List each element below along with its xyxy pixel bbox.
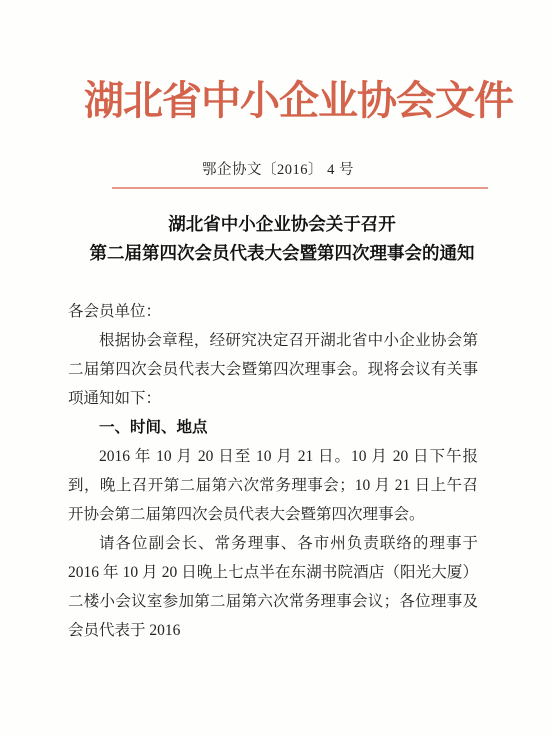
section-heading-time-place: 一、时间、地点 [68, 413, 478, 442]
document-title-line1: 湖北省中小企业协会关于召开 [12, 210, 552, 239]
document-title: 湖北省中小企业协会关于召开 第二届第四次会员代表大会暨第四次理事会的通知 [0, 210, 552, 268]
letterhead-title: 湖北省中小企业协会文件 [0, 78, 552, 124]
paragraph-attendance: 请各位副会长、常务理事、各市州负责联络的理事于 2016 年 10 月 20 日… [68, 529, 478, 645]
paragraph-schedule: 2016 年 10 月 20 日至 10 月 21 日。10 月 20 日下午报… [68, 442, 478, 529]
red-divider-line [112, 187, 488, 189]
paragraph-intro: 根据协会章程，经研究决定召开湖北省中小企业协会第二届第四次会员代表大会暨第四次理… [68, 326, 478, 413]
salutation: 各会员单位： [68, 297, 478, 326]
official-document-page: 湖北省中小企业协会文件 鄂企协文〔2016〕 4 号 湖北省中小企业协会关于召开… [0, 0, 552, 738]
document-body: 各会员单位： 根据协会章程，经研究决定召开湖北省中小企业协会第二届第四次会员代表… [68, 297, 478, 645]
document-title-line2: 第二届第四次会员代表大会暨第四次理事会的通知 [12, 239, 552, 268]
document-number: 鄂企协文〔2016〕 4 号 [0, 158, 552, 179]
